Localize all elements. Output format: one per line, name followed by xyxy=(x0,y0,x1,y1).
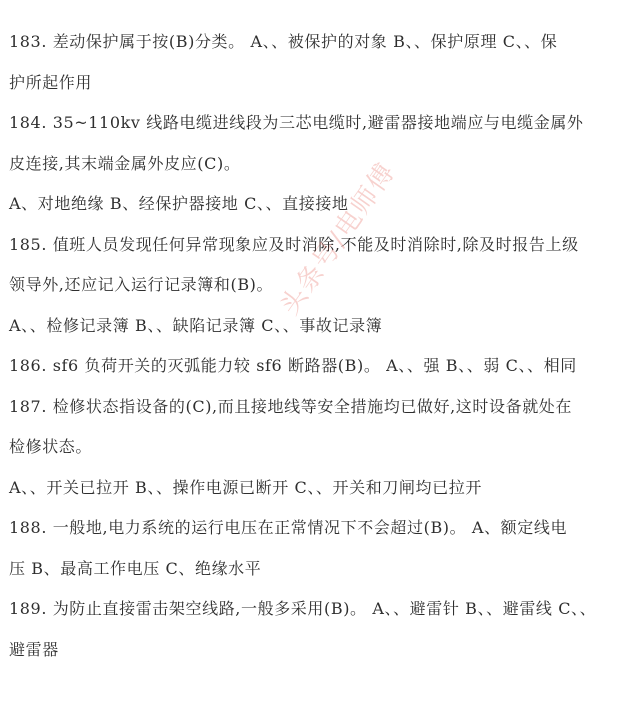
q187-line-2: 检修状态。 xyxy=(9,427,633,468)
q188-line-1: 188. 一般地,电力系统的运行电压在正常情况下不会超过(B)。 A、额定线电 xyxy=(9,508,633,549)
q185-options: A、、检修记录簿 B、、缺陷记录簿 C、、事故记录簿 xyxy=(9,306,633,347)
q189-line-1: 189. 为防止直接雷击架空线路,一般多采用(B)。 A、、避雷针 B、、避雷线… xyxy=(9,589,633,630)
document-body: 183. 差动保护属于按(B)分类。 A、、被保护的对象 B、、保护原理 C、、… xyxy=(9,22,633,670)
q183-line-1: 183. 差动保护属于按(B)分类。 A、、被保护的对象 B、、保护原理 C、、… xyxy=(9,22,633,63)
q189-line-2: 避雷器 xyxy=(9,630,633,671)
q183-line-2: 护所起作用 xyxy=(9,63,633,104)
q184-line-1: 184. 35~110kv 线路电缆进线段为三芯电缆时,避雷器接地端应与电缆金属… xyxy=(9,103,633,144)
q185-line-2: 领导外,还应记入运行记录簿和(B)。 xyxy=(9,265,633,306)
q187-options: A、、开关已拉开 B、、操作电源已断开 C、、开关和刀闸均已拉开 xyxy=(9,468,633,509)
q187-line-1: 187. 检修状态指设备的(C),而且接地线等安全措施均已做好,这时设备就处在 xyxy=(9,387,633,428)
q185-line-1: 185. 值班人员发现任何异常现象应及时消除,不能及时消除时,除及时报告上级 xyxy=(9,225,633,266)
q184-options: A、对地绝缘 B、经保护器接地 C、、直接接地 xyxy=(9,184,633,225)
q186-line: 186. sf6 负荷开关的灭弧能力较 sf6 断路器(B)。 A、、强 B、、… xyxy=(9,346,633,387)
q188-line-2: 压 B、最高工作电压 C、绝缘水平 xyxy=(9,549,633,590)
q184-line-2: 皮连接,其末端金属外皮应(C)。 xyxy=(9,144,633,185)
